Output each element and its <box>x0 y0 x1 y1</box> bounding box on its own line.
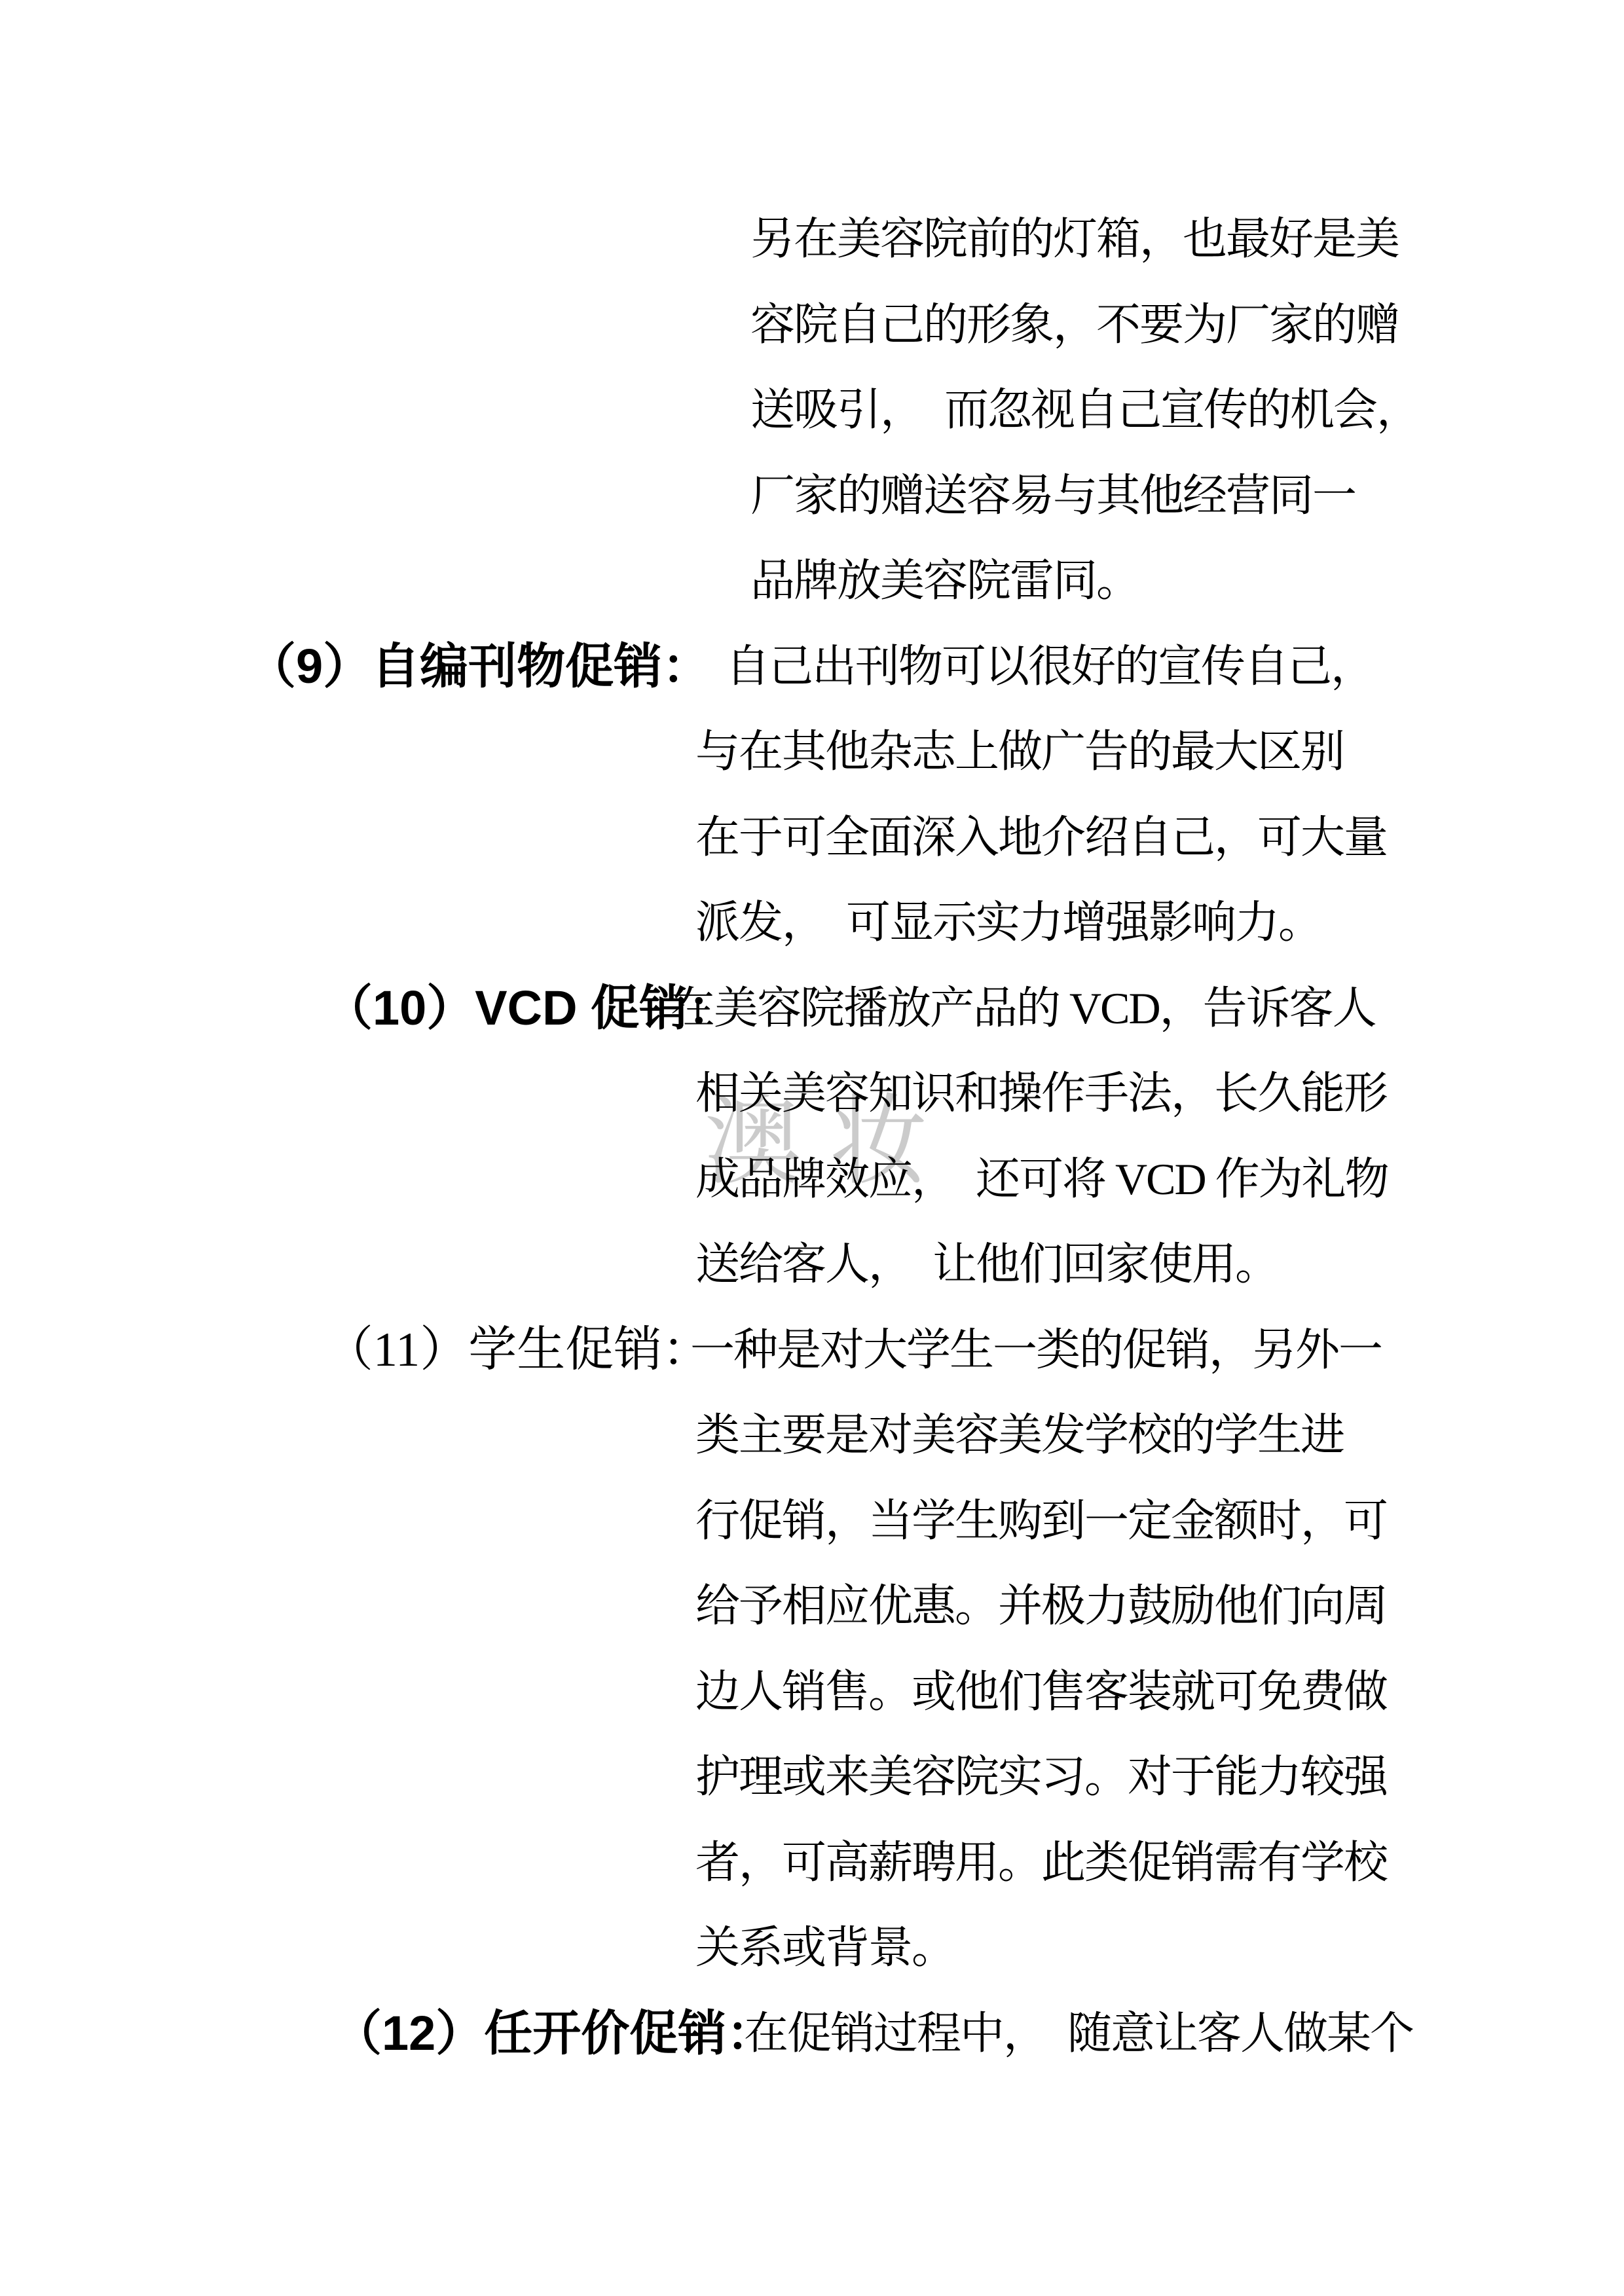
item11-body-line: 一种是对大学生一类的促销，另外一 <box>690 1307 1382 1393</box>
item11-body-line: 给予相应优惠。并极力鼓励他们向周 <box>695 1563 1387 1649</box>
item9-body-line: 在于可全面深入地介绍自己，可大量 <box>695 795 1387 880</box>
item10-body-line: 相关美容知识和操作手法，长久能形 <box>695 1051 1387 1136</box>
item11-body-line: 类主要是对美容美发学校的学生进 <box>695 1393 1344 1478</box>
item11-body-line: 护理或来美容院实习。对于能力较强 <box>695 1734 1387 1819</box>
para8-line: 容院自己的形象，不要为厂家的赠 <box>750 282 1399 367</box>
para8-line: 另在美容院前的灯箱，也最好是美 <box>750 196 1399 282</box>
para8-line: 品牌放美容院雷同。 <box>750 538 1139 623</box>
item9-heading: （9）自编刊物促销： <box>248 624 710 709</box>
item10-body-line: 在美容院播放产品的 VCD，告诉客人 <box>671 966 1376 1051</box>
item10-body-line: 成品牌效应， 还可将 VCD 作为礼物 <box>695 1137 1388 1222</box>
item11-body-line: 关系或背景。 <box>695 1905 955 1990</box>
item11-body-line: 行促销，当学生购到一定金额时，可 <box>695 1478 1387 1563</box>
item11-body-line: 者，可高薪聘用。此类促销需有学校 <box>695 1820 1387 1905</box>
item9-body-line: 与在其他杂志上做广告的最大区别 <box>695 709 1344 794</box>
para8-line: 厂家的赠送容易与其他经营同一 <box>750 453 1356 538</box>
item12-heading: （12）任开价促销： <box>333 1991 775 2076</box>
item9-body-line: 派发， 可显示实力增强影响力。 <box>695 880 1321 965</box>
item10-body-line: 送给客人， 让他们回家使用。 <box>695 1222 1278 1307</box>
document-page: 澳妆 另在美容院前的灯箱，也最好是美 容院自己的形象，不要为厂家的赠 送吸引， … <box>0 0 1624 2296</box>
item11-heading: （11）学生促销： <box>325 1307 710 1393</box>
item12-body-line: 在促销过程中， 随意让客人做某个 <box>744 1991 1413 2076</box>
item11-body-line: 边人销售。或他们售客装就可免费做 <box>695 1649 1387 1734</box>
item9-body-line: 自己出刊物可以很好的宣传自己， <box>726 624 1374 709</box>
para8-line: 送吸引， 而忽视自己宣传的机会， <box>750 367 1420 452</box>
